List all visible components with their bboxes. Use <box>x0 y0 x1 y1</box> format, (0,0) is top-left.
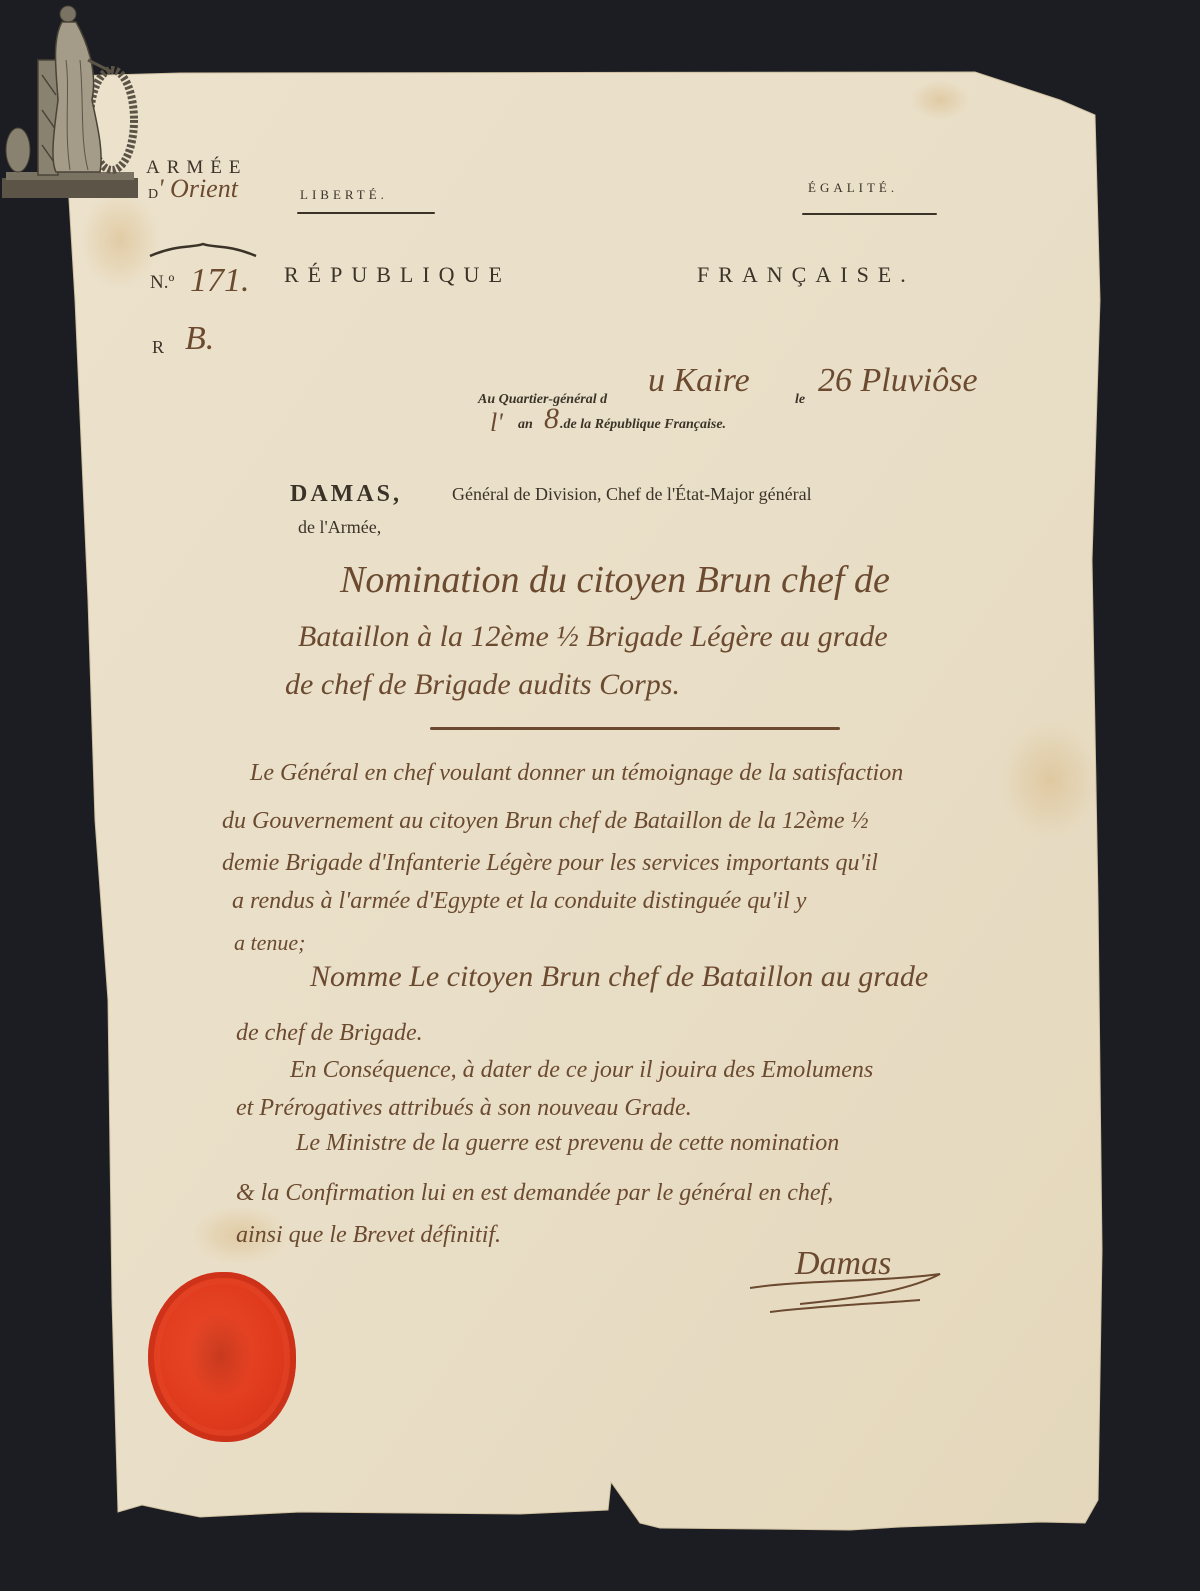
number-value: 171. <box>190 262 250 300</box>
issuer-name: DAMAS, <box>290 481 402 508</box>
body-line-6: Nomme Le citoyen Brun chef de Bataillon … <box>310 960 928 994</box>
issuer-title-cont: de l'Armée, <box>298 517 381 538</box>
subject-line-2: Bataillon à la 12ème ½ Brigade Légère au… <box>298 620 888 654</box>
dateline-printed-c: .de la République Française. <box>560 417 726 433</box>
number-label: N.º <box>150 272 174 294</box>
dateline-year-prefix: l' <box>490 408 503 438</box>
body-line-11: & la Confirmation lui en est demandée pa… <box>236 1180 833 1207</box>
subject-line-3: de chef de Brigade audits Corps. <box>285 668 680 702</box>
body-line-9: et Prérogatives attribués à son nouveau … <box>236 1095 692 1122</box>
issuer-title: Général de Division, Chef de l'État-Majo… <box>452 484 812 505</box>
motto-left-rule <box>297 212 435 214</box>
dateline-date: 26 Pluviôse <box>818 362 978 400</box>
republique-text: RÉPUBLIQUE <box>284 262 511 288</box>
body-line-1: Le Général en chef voulant donner un tém… <box>250 760 903 787</box>
body-line-8: En Conséquence, à dater de ce jour il jo… <box>290 1057 873 1084</box>
army-prefix: D <box>148 187 158 203</box>
register-value: B. <box>185 320 214 358</box>
signature-flourish <box>740 1260 960 1320</box>
body-line-7: de chef de Brigade. <box>236 1020 423 1047</box>
motto-egalite: ÉGALITÉ. <box>808 180 898 196</box>
body-line-5: a tenue; <box>234 930 305 956</box>
army-handwritten: ' Orient <box>158 174 238 204</box>
brace-ornament <box>148 242 258 262</box>
body-line-10: Le Ministre de la guerre est prevenu de … <box>296 1130 839 1157</box>
dateline-year: 8 <box>544 402 559 436</box>
francaise-text: FRANÇAISE. <box>697 262 915 288</box>
dateline-an: an <box>518 417 533 433</box>
body-line-2: du Gouvernement au citoyen Brun chef de … <box>222 808 869 835</box>
body-line-4: a rendus à l'armée d'Egypte et la condui… <box>232 888 806 915</box>
subject-divider <box>430 727 840 730</box>
dateline-place: u Kaire <box>648 362 750 400</box>
motto-right-rule <box>802 213 937 215</box>
body-line-3: demie Brigade d'Infanterie Légère pour l… <box>222 850 878 877</box>
motto-liberte: LIBERTÉ. <box>300 187 388 203</box>
red-wax-seal <box>148 1272 296 1442</box>
subject-line-1: Nomination du citoyen Brun chef de <box>340 558 890 602</box>
register-label: R <box>152 337 164 358</box>
document-paper: ARMÉE D ' Orient LIBERTÉ. ÉGALITÉ. N.º 1… <box>0 0 1200 1591</box>
seal-emblem-icon <box>188 1312 252 1398</box>
body-line-12: ainsi que le Brevet définitif. <box>236 1222 501 1249</box>
dateline-printed-b: le <box>795 392 805 408</box>
marianne-emblem-icon <box>0 0 140 200</box>
dateline-printed-a: Au Quartier-général d <box>478 392 607 408</box>
